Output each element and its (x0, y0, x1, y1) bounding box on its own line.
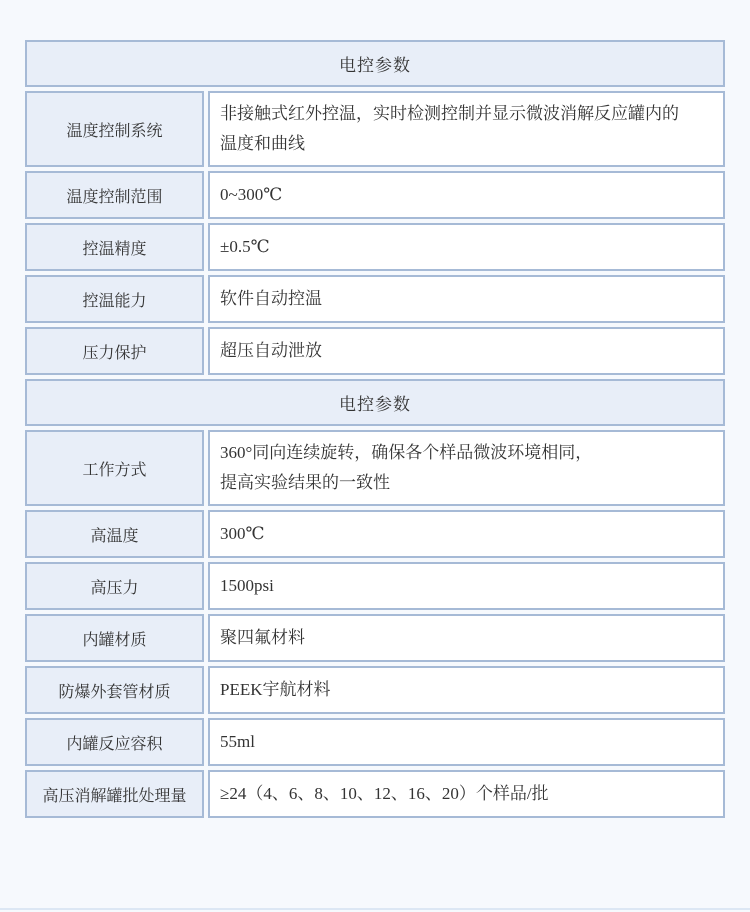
row-label: 温度控制范围 (25, 171, 204, 219)
table-row: 压力保护 超压自动泄放 (25, 327, 725, 375)
row-value: 300℃ (208, 510, 725, 558)
row-value: PEEK宇航材料 (208, 666, 725, 714)
row-value: 聚四氟材料 (208, 614, 725, 662)
row-value: ≥24（4、6、8、10、12、16、20）个样品/批 (208, 770, 725, 818)
row-label: 温度控制系统 (25, 91, 204, 167)
spec-table: 电控参数 温度控制系统 非接触式红外控温，实时检测控制并显示微波消解反应罐内的 … (25, 40, 725, 818)
spec-section: 电控参数 工作方式 360°同向连续旋转，确保各个样品微波环境相同， 提高实验结… (25, 379, 725, 818)
row-value: 非接触式红外控温，实时检测控制并显示微波消解反应罐内的 温度和曲线 (208, 91, 725, 167)
table-row: 内罐反应容积 55ml (25, 718, 725, 766)
section-header: 电控参数 (25, 379, 725, 426)
section-header: 电控参数 (25, 40, 725, 87)
row-label: 压力保护 (25, 327, 204, 375)
spec-section: 电控参数 温度控制系统 非接触式红外控温，实时检测控制并显示微波消解反应罐内的 … (25, 40, 725, 375)
row-value: 超压自动泄放 (208, 327, 725, 375)
table-row: 高压消解罐批处理量 ≥24（4、6、8、10、12、16、20）个样品/批 (25, 770, 725, 818)
row-value: 360°同向连续旋转，确保各个样品微波环境相同， 提高实验结果的一致性 (208, 430, 725, 506)
table-row: 内罐材质 聚四氟材料 (25, 614, 725, 662)
row-value: 55ml (208, 718, 725, 766)
row-label: 控温能力 (25, 275, 204, 323)
row-label: 内罐反应容积 (25, 718, 204, 766)
row-value: 软件自动控温 (208, 275, 725, 323)
row-value: 0~300℃ (208, 171, 725, 219)
table-row: 温度控制系统 非接触式红外控温，实时检测控制并显示微波消解反应罐内的 温度和曲线 (25, 91, 725, 167)
bottom-divider (0, 908, 750, 910)
table-row: 防爆外套管材质 PEEK宇航材料 (25, 666, 725, 714)
row-label: 高压消解罐批处理量 (25, 770, 204, 818)
row-value: 1500psi (208, 562, 725, 610)
row-label: 控温精度 (25, 223, 204, 271)
row-label: 工作方式 (25, 430, 204, 506)
table-row: 工作方式 360°同向连续旋转，确保各个样品微波环境相同， 提高实验结果的一致性 (25, 430, 725, 506)
row-label: 高温度 (25, 510, 204, 558)
table-row: 控温能力 软件自动控温 (25, 275, 725, 323)
table-row: 温度控制范围 0~300℃ (25, 171, 725, 219)
row-label: 高压力 (25, 562, 204, 610)
row-label: 内罐材质 (25, 614, 204, 662)
table-row: 控温精度 ±0.5℃ (25, 223, 725, 271)
row-label: 防爆外套管材质 (25, 666, 204, 714)
table-row: 高温度 300℃ (25, 510, 725, 558)
table-row: 高压力 1500psi (25, 562, 725, 610)
row-value: ±0.5℃ (208, 223, 725, 271)
